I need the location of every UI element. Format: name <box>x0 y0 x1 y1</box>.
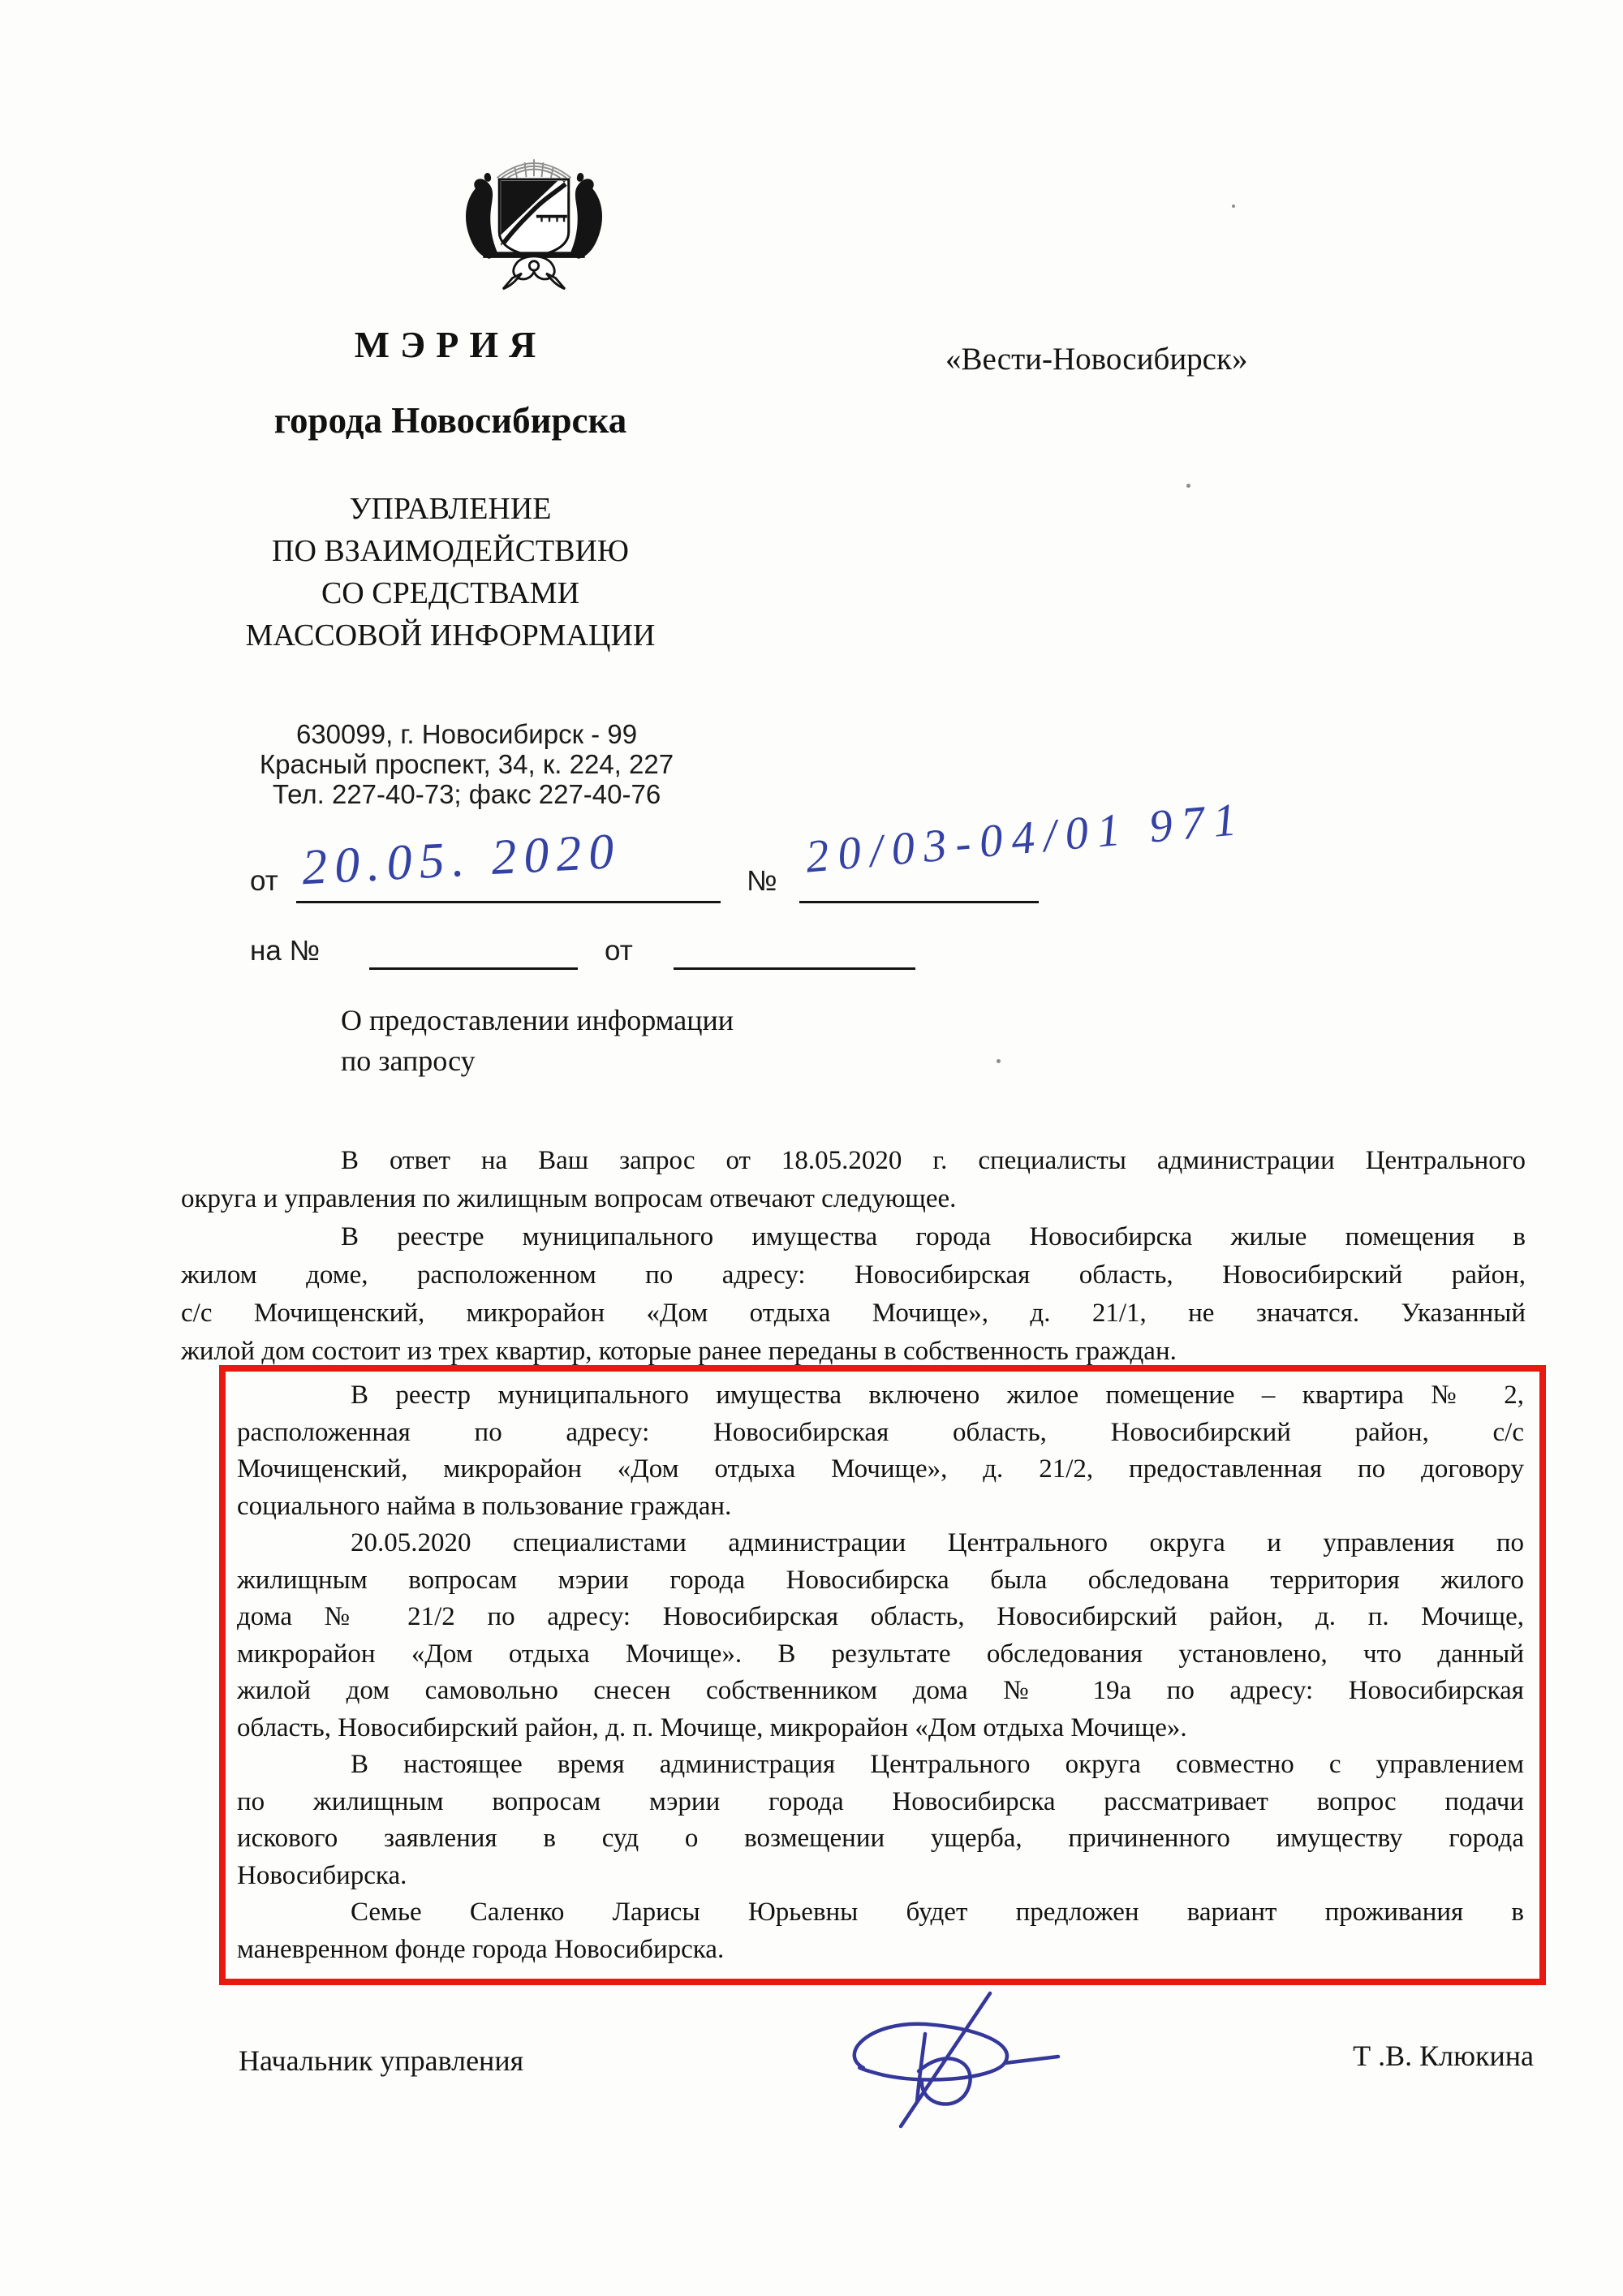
ribbon-bow-icon <box>503 256 565 289</box>
text-line: Красный проспект, 34, к. 224, 227 <box>213 749 721 779</box>
reply-to-label: на № <box>250 935 320 967</box>
reply-date-label: от <box>605 935 633 967</box>
text-line: 630099, г. Новосибирск - 99 <box>213 719 721 749</box>
reply-date-rule <box>674 967 915 970</box>
red-highlight-box <box>219 1365 1546 1985</box>
paragraph: В реестре муниципального имущества город… <box>181 1218 1526 1371</box>
body-line: жилом доме, расположенном по адресу: Нов… <box>181 1256 1526 1294</box>
signer-name: Т .В. Клюкина <box>1266 2039 1534 2073</box>
date-field-rule <box>296 901 721 903</box>
body-line: с/с Мочищенский, микрорайон «Дом отдыха … <box>181 1294 1526 1333</box>
handwritten-number: 20/03-04/01 971 <box>803 792 1247 883</box>
scanned-letter-page: МЭРИЯ «Вести-Новосибирск» города Новосиб… <box>0 0 1623 2296</box>
scan-artifact-dot <box>1186 484 1190 488</box>
department-name: УПРАВЛЕНИЕПО ВЗАИМОДЕЙСТВИЮСО СРЕДСТВАМИ… <box>203 488 698 657</box>
reply-number-rule <box>369 967 578 970</box>
organization-name: МЭРИЯ <box>203 323 698 366</box>
number-field-rule <box>799 901 1039 903</box>
number-field-label: № <box>747 865 777 898</box>
text-line: МАССОВОЙ ИНФОРМАЦИИ <box>203 614 698 657</box>
scan-artifact-dot <box>997 1059 1001 1063</box>
handwritten-date: 20.05. 2020 <box>300 823 622 897</box>
text-line: по запросу <box>341 1040 909 1081</box>
date-field-label: от <box>250 865 278 898</box>
shield-icon <box>499 179 569 256</box>
text-line: СО СРЕДСТВАМИ <box>203 572 698 614</box>
handwritten-signature <box>821 1987 1089 2141</box>
paragraph: В ответ на Ваш запрос от 18.05.2020 г. с… <box>181 1142 1526 1218</box>
text-line: О предоставлении информации <box>341 1000 909 1040</box>
body-text: В ответ на Ваш запрос от 18.05.2020 г. с… <box>181 1142 1526 1371</box>
address-block: 630099, г. Новосибирск - 99Красный просп… <box>213 719 721 809</box>
crown-icon <box>497 159 570 178</box>
novosibirsk-coat-of-arms-icon <box>457 149 611 303</box>
text-line: УПРАВЛЕНИЕ <box>203 488 698 530</box>
right-sable-icon <box>570 173 602 259</box>
body-line: В ответ на Ваш запрос от 18.05.2020 г. с… <box>181 1142 1526 1180</box>
left-sable-icon <box>466 173 498 259</box>
text-line: Тел. 227-40-73; факс 227-40-76 <box>213 779 721 809</box>
subject: О предоставлении информациипо запросу <box>341 1000 909 1081</box>
scan-artifact-dot <box>1232 205 1235 208</box>
recipient: «Вести-Новосибирск» <box>945 341 1254 377</box>
body-line: округа и управления по жилищным вопросам… <box>181 1180 1526 1218</box>
text-line: ПО ВЗАИМОДЕЙСТВИЮ <box>203 530 698 572</box>
signer-title: Начальник управления <box>239 2044 523 2078</box>
body-line: В реестре муниципального имущества город… <box>181 1218 1526 1256</box>
organization-city: города Новосибирска <box>203 399 698 442</box>
